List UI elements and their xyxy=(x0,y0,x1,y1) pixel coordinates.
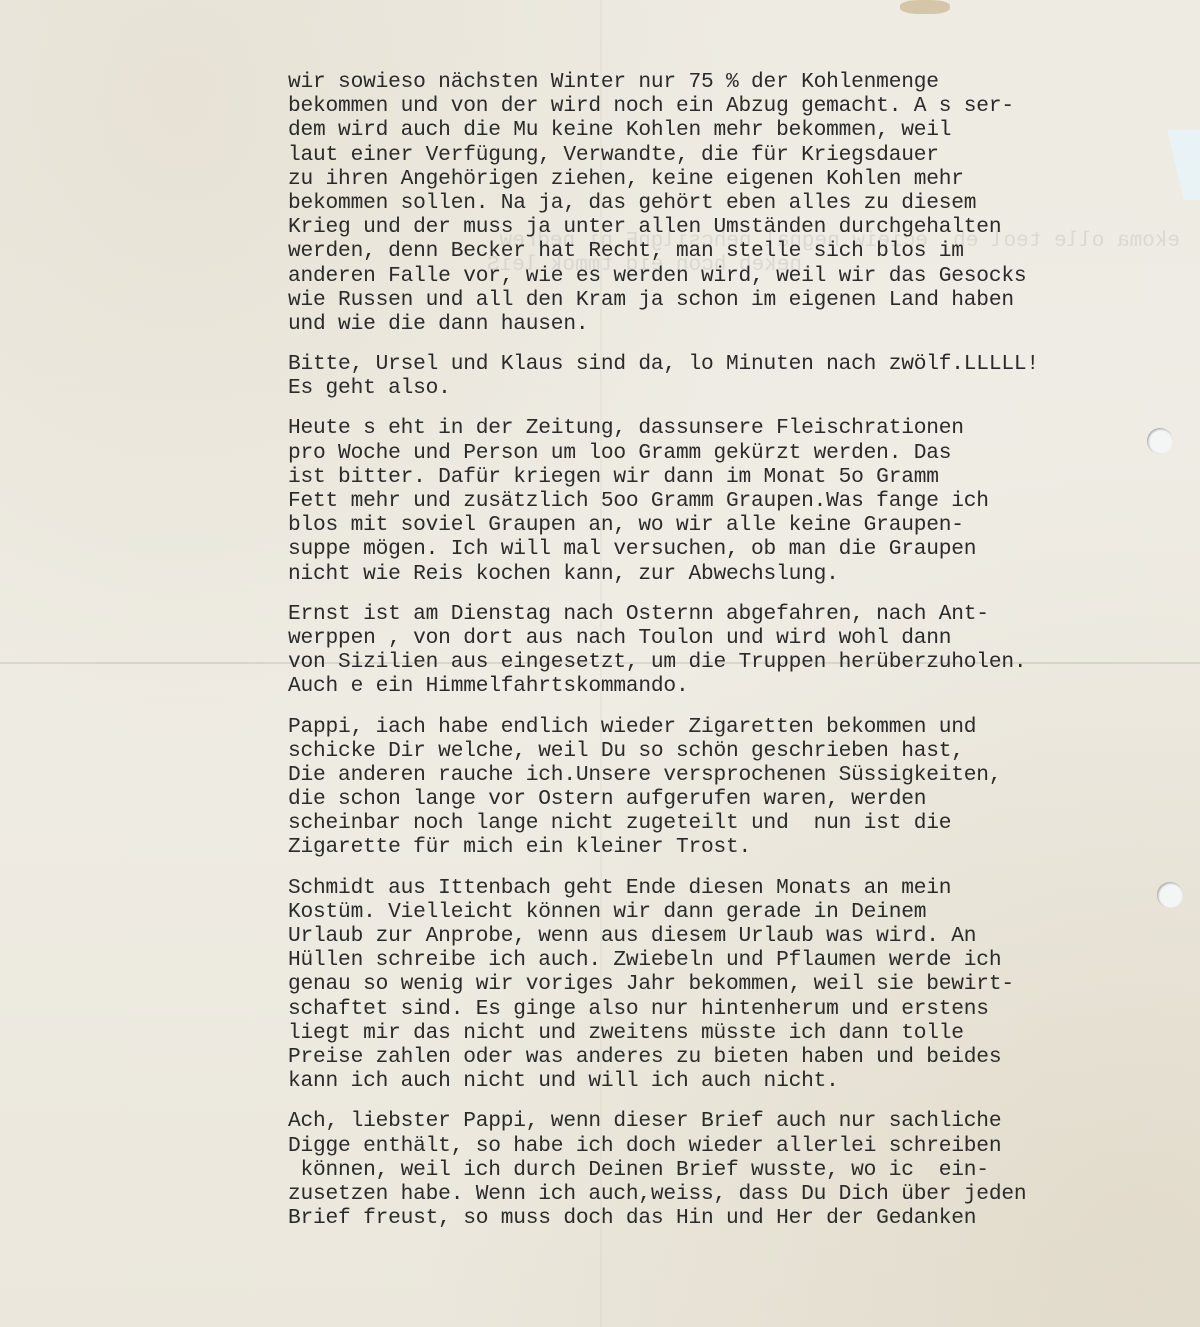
text-line: dem wird auch die Mu keine Kohlen mehr b… xyxy=(288,118,1188,142)
text-line: pro Woche und Person um loo Gramm gekürz… xyxy=(288,441,1188,465)
text-line: Schmidt aus Ittenbach geht Ende diesen M… xyxy=(288,876,1188,900)
text-line: schicke Dir welche, weil Du so schön ges… xyxy=(288,739,1188,763)
text-line: können, weil ich durch Deinen Brief wuss… xyxy=(288,1158,1188,1182)
text-line: und wie die dann hausen. xyxy=(288,312,1188,336)
paragraph-costume: Schmidt aus Ittenbach geht Ende diesen M… xyxy=(288,876,1188,1094)
paragraph-coal: wir sowieso nächsten Winter nur 75 % der… xyxy=(288,70,1188,336)
text-line: nicht wie Reis kochen kann, zur Abwechsl… xyxy=(288,562,1188,586)
text-line: Hüllen schreibe ich auch. Zwiebeln und P… xyxy=(288,948,1188,972)
text-line: Preise zahlen oder was anderes zu bieten… xyxy=(288,1045,1188,1069)
text-line: bekommen und von der wird noch ein Abzug… xyxy=(288,94,1188,118)
text-line: scheinbar noch lange nicht zugeteilt und… xyxy=(288,811,1188,835)
paper-stain xyxy=(900,0,950,14)
text-line: laut einer Verfügung, Verwandte, die für… xyxy=(288,143,1188,167)
paragraph-closing: Ach, liebster Pappi, wenn dieser Brief a… xyxy=(288,1109,1188,1230)
text-line: Es geht also. xyxy=(288,376,1188,400)
text-line: Kostüm. Vielleicht können wir dann gerad… xyxy=(288,900,1188,924)
text-line: Urlaub zur Anprobe, wenn aus diesem Urla… xyxy=(288,924,1188,948)
text-line: Ernst ist am Dienstag nach Osternn abgef… xyxy=(288,602,1188,626)
text-line: wir sowieso nächsten Winter nur 75 % der… xyxy=(288,70,1188,94)
text-line: werden, denn Becker hat Recht, man stell… xyxy=(288,239,1188,263)
text-line: die schon lange vor Ostern aufgerufen wa… xyxy=(288,787,1188,811)
text-line: ist bitter. Dafür kriegen wir dann im Mo… xyxy=(288,465,1188,489)
paragraph-cigarettes: Pappi, iach habe endlich wieder Zigarett… xyxy=(288,715,1188,860)
paragraph-rations: Heute s eht in der Zeitung, dassunsere F… xyxy=(288,416,1188,585)
text-line: Die anderen rauche ich.Unsere versproche… xyxy=(288,763,1188,787)
text-line: werppen , von dort aus nach Toulon und w… xyxy=(288,626,1188,650)
text-line: schaftet sind. Es ginge also nur hintenh… xyxy=(288,997,1188,1021)
text-line: Heute s eht in der Zeitung, dassunsere F… xyxy=(288,416,1188,440)
text-line: genau so wenig wir voriges Jahr bekommen… xyxy=(288,972,1188,996)
text-line: bekommen sollen. Na ja, das gehört eben … xyxy=(288,191,1188,215)
text-line: Pappi, iach habe endlich wieder Zigarett… xyxy=(288,715,1188,739)
text-line: Zigarette für mich ein kleiner Trost. xyxy=(288,835,1188,859)
text-line: wie Russen und all den Kram ja schon im … xyxy=(288,288,1188,312)
text-line: blos mit soviel Graupen an, wo wir alle … xyxy=(288,513,1188,537)
text-line: Auch e ein Himmelfahrtskommando. xyxy=(288,674,1188,698)
text-line: zusetzen habe. Wenn ich auch,weiss, dass… xyxy=(288,1182,1188,1206)
text-line: liegt mir das nicht und zweitens müsste … xyxy=(288,1021,1188,1045)
letter-body: wir sowieso nächsten Winter nur 75 % der… xyxy=(288,70,1188,1246)
text-line: kann ich auch nicht und will ich auch ni… xyxy=(288,1069,1188,1093)
text-line: zu ihren Angehörigen ziehen, keine eigen… xyxy=(288,167,1188,191)
text-line: Bitte, Ursel und Klaus sind da, lo Minut… xyxy=(288,352,1188,376)
text-line: anderen Falle vor, wie es werden wird, w… xyxy=(288,264,1188,288)
text-line: suppe mögen. Ich will mal versuchen, ob … xyxy=(288,537,1188,561)
text-line: Digge enthält, so habe ich doch wieder a… xyxy=(288,1134,1188,1158)
text-line: Krieg und der muss ja unter allen Umstän… xyxy=(288,215,1188,239)
paragraph-ernst: Ernst ist am Dienstag nach Osternn abgef… xyxy=(288,602,1188,699)
text-line: Brief freust, so muss doch das Hin und H… xyxy=(288,1206,1188,1230)
text-line: Ach, liebster Pappi, wenn dieser Brief a… xyxy=(288,1109,1188,1133)
text-line: Fett mehr und zusätzlich 5oo Gramm Graup… xyxy=(288,489,1188,513)
paragraph-visit: Bitte, Ursel und Klaus sind da, lo Minut… xyxy=(288,352,1188,400)
text-line: von Sizilien aus eingesetzt, um die Trup… xyxy=(288,650,1188,674)
